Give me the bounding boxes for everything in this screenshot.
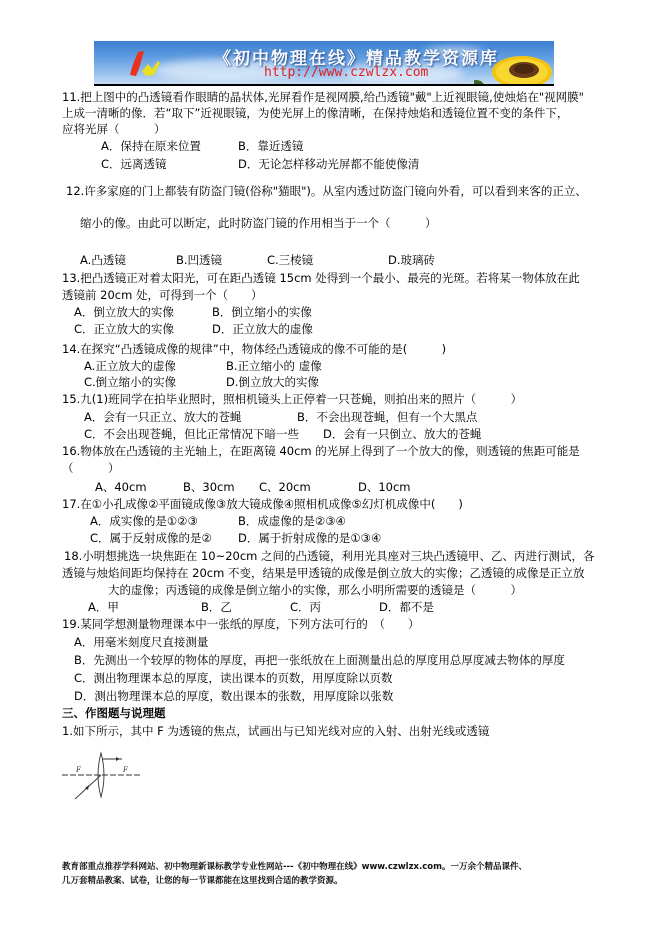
q11-option-c: C．远离透镜 xyxy=(101,157,167,172)
q18-option-d: D．都不是 xyxy=(379,600,434,615)
q19-option-c: C．测出物理课本总的厚度，读出课本的页数，用厚度除以页数 xyxy=(74,671,393,686)
q11-option-a: A．保持在原来位置 xyxy=(101,139,201,154)
q13-stem-line2: 透镜前 20cm 处，可得到一个（ ） xyxy=(62,288,262,303)
q16-option-d: D、10cm xyxy=(358,480,411,495)
footer-line1: 教育部重点推荐学科网站、初中物理新课标教学专业性网站---《初中物理在线》www… xyxy=(62,861,527,874)
q13-option-b: B．倒立缩小的实像 xyxy=(212,305,312,320)
q11-option-d: D．无论怎样移动光屏都不能使像清 xyxy=(238,157,419,172)
q16-stem-line2: （ ） xyxy=(62,461,120,476)
q18-stem-line1: 18.小明想挑选一块焦距在 10~20cm 之间的凸透镜，利用光具座对三块凸透镜… xyxy=(64,549,595,564)
q12-stem-line1: 12.许多家庭的门上都装有防盗门镜(俗称"猫眼")。从室内透过防盗门镜向外看，可… xyxy=(66,184,587,199)
q17-option-c: C．属于反射成像的是② xyxy=(90,531,212,546)
q11-stem-line3: 应将光屏（ ） xyxy=(62,122,166,137)
q17-option-a: A．成实像的是①②③ xyxy=(90,514,198,529)
q14-option-a: A.正立放大的虚像 xyxy=(84,359,176,374)
q15-option-c: C．不会出现苍蝇，但比正常情况下暗一些 xyxy=(84,427,299,442)
focus-right-label: F xyxy=(122,766,129,774)
header-banner: 《初中物理在线》精品教学资源库 http://www.czwlzx.com xyxy=(94,41,554,84)
q13-option-a: A．倒立放大的实像 xyxy=(74,305,174,320)
q17-stem: 17.在①小孔成像②平面镜成像③放大镜成像④照相机成像⑤幻灯机成像中( ) xyxy=(62,497,463,512)
q12-option-c: C.三棱镜 xyxy=(267,253,313,268)
q18-option-c: C．丙 xyxy=(290,600,321,615)
q18-option-b: B．乙 xyxy=(201,600,232,615)
q17-option-b: B．成虚像的是②③④ xyxy=(238,514,346,529)
q14-stem: 14.在探究“凸透镜成像的规律”中，物体经凸透镜成的像不可能的是( ) xyxy=(62,342,446,357)
section-heading: 三、作图题与说理题 xyxy=(62,706,166,721)
q15-option-a: A．会有一只正立、放大的苍蝇 xyxy=(84,410,241,425)
q14-option-b: B.正立缩小的 虚像 xyxy=(226,359,322,374)
footer-line2: 几万套精品教案、试卷，让您的每一节课都能在这里找到合适的教学资源。 xyxy=(62,875,343,888)
q16-option-b: B、30cm xyxy=(183,480,235,495)
q17-option-d: D．属于折射成像的是①③④ xyxy=(238,531,381,546)
q11-stem-line2: 上成一清晰的像．若“取下”近视眼镜，为使光屏上的像清晰，在保持烛焰和透镜位置不变… xyxy=(62,106,568,121)
banner-divider xyxy=(94,84,554,86)
q12-option-b: B.凹透镜 xyxy=(176,253,222,268)
section3-q1-stem: 1.如下所示，其中 F 为透镜的焦点，试画出与已知光线对应的入射、出射光线或透镜 xyxy=(62,724,489,739)
q11-option-b: B．靠近透镜 xyxy=(238,139,303,154)
q12-option-d: D.玻璃砖 xyxy=(388,253,435,268)
q14-option-d: D.倒立放大的实像 xyxy=(226,375,319,390)
q12-stem-line2: 缩小的像。由此可以断定，此时防盗门镜的作用相当于一个（ ） xyxy=(80,216,437,231)
q13-stem-line1: 13.把凸透镜正对着太阳光，可在距凸透镜 15cm 处得到一个最小、最亮的光斑。… xyxy=(62,271,580,286)
q19-option-d: D．测出物理课本总的厚度，数出课本的张数，用厚度除以张数 xyxy=(74,689,393,704)
focus-left-label: F xyxy=(75,766,82,774)
q18-stem-line2: 透镜与烛焰间距均保持在 20cm 不变，结果是甲透镜的成像是倒立放大的实像；乙透… xyxy=(62,566,584,581)
site-logo-icon xyxy=(128,49,168,79)
q16-option-c: C、20cm xyxy=(259,480,311,495)
ray-incoming xyxy=(75,775,101,799)
ray-outgoing xyxy=(102,757,122,761)
q12-option-a: A.凸透镜 xyxy=(80,253,126,268)
q16-option-a: A、40cm xyxy=(95,480,147,495)
q11-stem-line1: 11.把上图中的凸透镜看作眼睛的晶状体,光屏看作是视网膜,给凸透镜"戴"上近视眼… xyxy=(62,90,584,105)
q19-stem: 19.某同学想测量物理课本中一张纸的厚度，下列方法可行的 （ ） xyxy=(62,617,420,632)
q19-option-a: A．用毫米刻度尺直接测量 xyxy=(74,635,208,650)
q16-stem-line1: 16.物体放在凸透镜的主光轴上，在距离镜 40cm 的光屏上得到了一个放大的像，… xyxy=(62,444,580,459)
q14-option-c: C.倒立缩小的实像 xyxy=(84,375,176,390)
banner-url[interactable]: http://www.czwlzx.com xyxy=(264,65,428,80)
lens-diagram: F F xyxy=(62,750,142,810)
q18-stem-line3: 大的虚像；丙透镜的成像是倒立缩小的实像，那么小明所需要的透镜是（ ） xyxy=(108,583,522,598)
q13-option-d: D．正立放大的虚像 xyxy=(212,322,313,337)
q19-option-b: B．先测出一个较厚的物体的厚度，再把一张纸放在上面测量出总的厚度用总厚度减去物体… xyxy=(74,653,565,668)
q15-option-b: B．不会出现苍蝇，但有一个大黑点 xyxy=(297,410,477,425)
q15-stem: 15.九(1)班同学在拍毕业照时，照相机镜头上正停着一只苍蝇，则拍出来的照片（ … xyxy=(62,392,522,407)
q15-option-d: D．会有一只倒立、放大的苍蝇 xyxy=(323,427,481,442)
sunflower-icon xyxy=(474,46,554,84)
q13-option-c: C．正立放大的实像 xyxy=(74,322,174,337)
q18-option-a: A．甲 xyxy=(88,600,119,615)
